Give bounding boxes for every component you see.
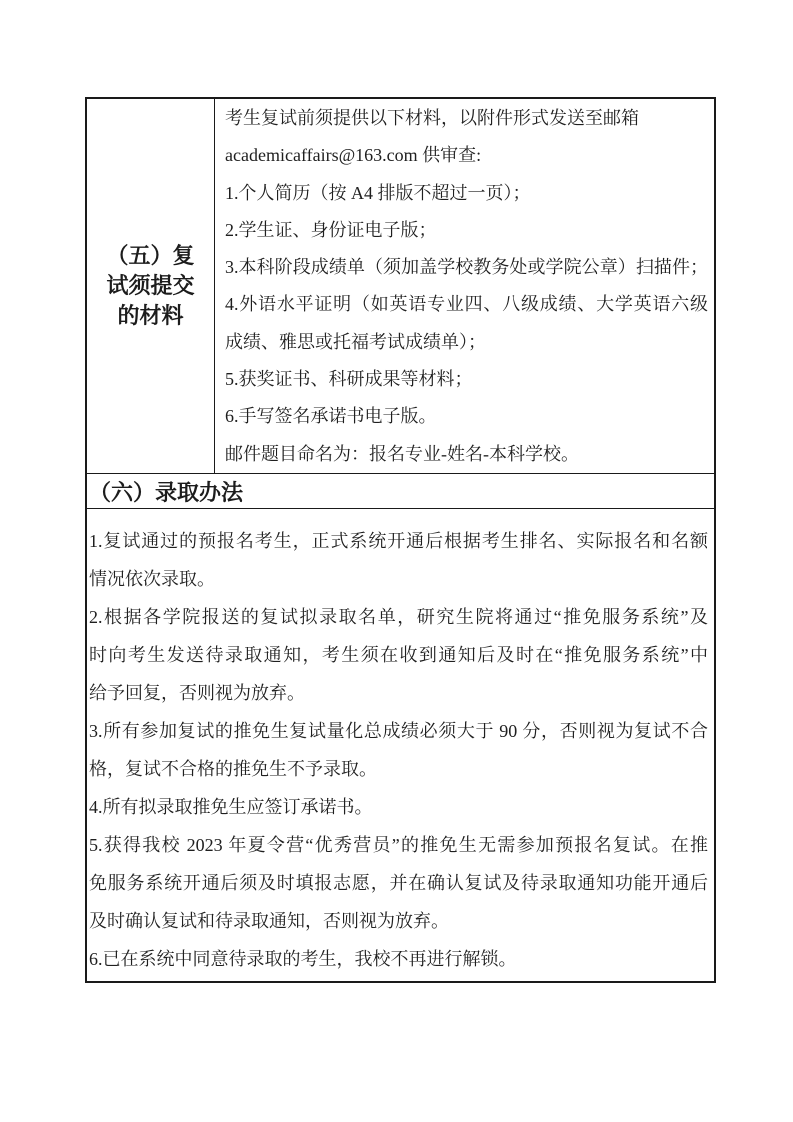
materials-line: 6.手写签名承诺书电子版。: [225, 398, 708, 435]
materials-line: 3.本科阶段成绩单（须加盖学校教务处或学院公章）扫描件；: [225, 249, 708, 286]
materials-line: 2.学生证、身份证电子版；: [225, 212, 708, 249]
admission-line: 及时确认复试和待录取通知，否则视为放弃。: [89, 902, 708, 940]
materials-line: 邮件题目命名为：报名专业-姓名-本科学校。: [225, 436, 708, 473]
materials-line: 成绩、雅思或托福考试成绩单）；: [225, 324, 708, 361]
admission-header-title: （六）录取办法: [89, 476, 243, 507]
admission-line: 给予回复，否则视为放弃。: [89, 674, 708, 712]
admission-rules-table: （五）复试须提交的材料 考生复试前须提供以下材料，以附件形式发送至邮箱 acad…: [85, 97, 716, 983]
materials-content-cell: 考生复试前须提供以下材料，以附件形式发送至邮箱 academicaffairs@…: [215, 99, 714, 473]
admission-body-cell: 1.复试通过的预报名考生，正式系统开通后根据考生排名、实际报名和名额 情况依次录…: [87, 509, 714, 981]
materials-label-cell: （五）复试须提交的材料: [87, 99, 215, 473]
materials-line: 考生复试前须提供以下材料，以附件形式发送至邮箱: [225, 100, 708, 137]
admission-header-row: （六）录取办法: [87, 474, 714, 509]
materials-line: 5.获奖证书、科研成果等材料；: [225, 361, 708, 398]
admission-line: 免服务系统开通后须及时填报志愿，并在确认复试及待录取通知功能开通后: [89, 864, 708, 902]
document-page: （五）复试须提交的材料 考生复试前须提供以下材料，以附件形式发送至邮箱 acad…: [0, 0, 793, 1122]
materials-label: （五）复试须提交的材料: [101, 241, 200, 331]
admission-line: 格，复试不合格的推免生不予录取。: [89, 750, 708, 788]
admission-line: 6.已在系统中同意待录取的考生，我校不再进行解锁。: [89, 940, 708, 978]
admission-line: 5.获得我校 2023 年夏令营“优秀营员”的推免生无需参加预报名复试。在推: [89, 826, 708, 864]
materials-row: （五）复试须提交的材料 考生复试前须提供以下材料，以附件形式发送至邮箱 acad…: [87, 99, 714, 474]
admission-line: 2.根据各学院报送的复试拟录取名单，研究生院将通过“推免服务系统”及: [89, 598, 708, 636]
admission-line: 1.复试通过的预报名考生，正式系统开通后根据考生排名、实际报名和名额: [89, 522, 708, 560]
materials-line: academicaffairs@163.com 供审查:: [225, 137, 708, 174]
admission-line: 3.所有参加复试的推免生复试量化总成绩必须大于 90 分，否则视为复试不合: [89, 712, 708, 750]
materials-line: 1.个人简历（按 A4 排版不超过一页）；: [225, 175, 708, 212]
admission-line: 时向考生发送待录取通知，考生须在收到通知后及时在“推免服务系统”中: [89, 636, 708, 674]
admission-line: 情况依次录取。: [89, 560, 708, 598]
materials-line: 4.外语水平证明（如英语专业四、八级成绩、大学英语六级: [225, 286, 708, 323]
admission-line: 4.所有拟录取推免生应签订承诺书。: [89, 788, 708, 826]
